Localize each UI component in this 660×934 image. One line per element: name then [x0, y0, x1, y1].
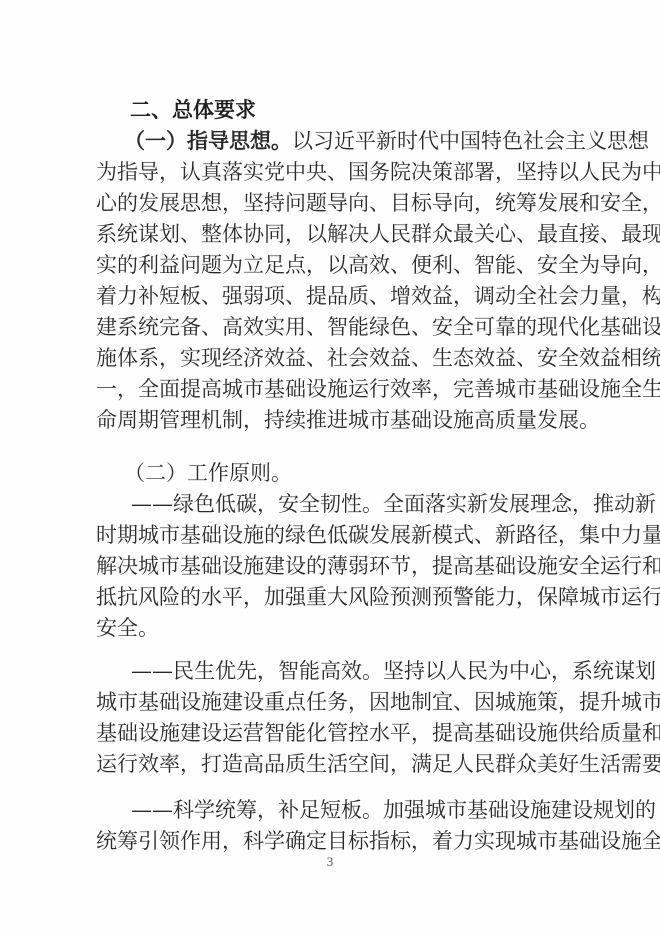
page-number: 3 [318, 852, 342, 872]
principle-line: ——绿色低碳，安全韧性。全面落实新发展理念，推动新 [131, 489, 563, 520]
document-page: 二、总体要求 （一）指导思想。以习近平新时代中国特色社会主义思想 为指导，认真落… [0, 0, 660, 934]
paragraph-line: 心的发展思想，坚持问题导向、目标导向，统筹发展和安全， [96, 188, 563, 219]
paragraph-line: 时期城市基础设施的绿色低碳发展新模式、新路径，集中力量 [96, 520, 563, 551]
paragraph-line: 一，全面提高城市基础设施运行效率，完善城市基础设施全生 [96, 374, 563, 405]
paragraph-line: 施体系，实现经济效益、社会效益、生态效益、安全效益相统 [96, 343, 563, 374]
paragraph-text: 以习近平新时代中国特色社会主义思想 [292, 129, 649, 153]
paragraph-line: 安全。 [96, 613, 563, 644]
paragraph-line: 运行效率，打造高品质生活空间，满足人民群众美好生活需要。 [96, 749, 563, 780]
paragraph-line: 建系统完备、高效实用、智能绿色、安全可靠的现代化基础设 [96, 312, 563, 343]
subsection-label: （一）指导思想。 [124, 129, 292, 153]
paragraph-line: 系统谋划、整体协同，以解决人民群众最关心、最直接、最现 [96, 219, 563, 250]
paragraph-line: 实的利益问题为立足点，以高效、便利、智能、安全为导向， [96, 250, 563, 281]
principle-title: ——科学统筹，补足短板。 [131, 798, 383, 822]
principle-text: 加强城市基础设施建设规划的 [383, 798, 656, 822]
paragraph-line: 城市基础设施建设重点任务，因地制宜、因城施策，提升城市 [96, 687, 563, 718]
principle-line: ——民生优先，智能高效。坚持以人民为中心，系统谋划 [131, 656, 563, 687]
paragraph-line: 解决城市基础设施建设的薄弱环节，提高基础设施安全运行和 [96, 551, 563, 582]
paragraph-line: 着力补短板、强弱项、提品质、增效益，调动全社会力量，构 [96, 281, 563, 312]
principle-text: 全面落实新发展理念，推动新 [383, 492, 656, 516]
subsection-heading: （二）工作原则。 [124, 458, 563, 489]
principle-text: 坚持以人民为中心，系统谋划 [383, 659, 656, 683]
paragraph-line: 抵抗风险的水平，加强重大风险预测预警能力，保障城市运行 [96, 582, 563, 613]
section-heading: 二、总体要求 [130, 95, 569, 126]
paragraph-line: 为指导，认真落实党中央、国务院决策部署，坚持以人民为中 [96, 157, 563, 188]
paragraph-line: 命周期管理机制，持续推进城市基础设施高质量发展。 [96, 405, 563, 436]
paragraph-line: （一）指导思想。以习近平新时代中国特色社会主义思想 [124, 126, 563, 157]
principle-title: ——民生优先，智能高效。 [131, 659, 383, 683]
principle-line: ——科学统筹，补足短板。加强城市基础设施建设规划的 [131, 795, 563, 826]
principle-title: ——绿色低碳，安全韧性。 [131, 492, 383, 516]
paragraph-line: 基础设施建设运营智能化管控水平，提高基础设施供给质量和 [96, 718, 563, 749]
